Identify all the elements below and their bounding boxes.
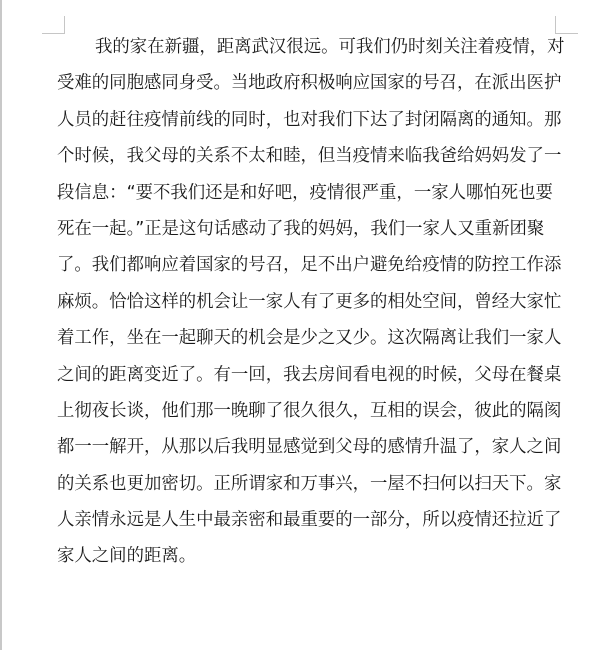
text-line: 死在一起。”正是这句话感动了我的妈妈，我们一家人又重新团聚 (57, 211, 475, 247)
document-body-paragraph[interactable]: 我的家在新疆，距离武汉很远。可我们仍时刻关注着疫情，对 受难的同胞感同身受。当地… (57, 29, 475, 575)
text-line: 家人之间的距离。 (57, 538, 475, 574)
text-line: 人亲情永远是人生中最亲密和最重要的一部分，所以疫情还拉近了 (57, 502, 475, 538)
text-line: 着工作，坐在一起聊天的机会是少之又少。这次隔离让我们一家人 (57, 320, 475, 356)
text-line: 之间的距离变近了。有一回，我去房间看电视的时候，父母在餐桌 (57, 357, 475, 393)
text-line: 都一一解开，从那以后我明显感觉到父母的感情升温了，家人之间 (57, 429, 475, 465)
text-line: 受难的同胞感同身受。当地政府积极响应国家的号召，在派出医护 (57, 65, 475, 101)
text-line: 我的家在新疆，距离武汉很远。可我们仍时刻关注着疫情，对 (57, 29, 475, 65)
text-line: 的关系也更加密切。正所谓家和万事兴，一屋不扫何以扫天下。家 (57, 466, 475, 502)
text-line: 段信息：“要不我们还是和好吧，疫情很严重，一家人哪怕死也要 (57, 175, 475, 211)
text-line: 人员的赶往疫情前线的同时，也对我们下达了封闭隔离的通知。那 (57, 102, 475, 138)
text-line: 了。我们都响应着国家的号召，足不出户避免给疫情的防控工作添 (57, 247, 475, 283)
text-line: 上彻夜长谈，他们那一晚聊了很久很久，互相的误会，彼此的隔阂 (57, 393, 475, 429)
text-line: 个时候，我父母的关系不太和睦，但当疫情来临我爸给妈妈发了一 (57, 138, 475, 174)
text-line: 麻烦。恰恰这样的机会让一家人有了更多的相处空间，曾经大家忙 (57, 284, 475, 320)
document-page: 我的家在新疆，距离武汉很远。可我们仍时刻关注着疫情，对 受难的同胞感同身受。当地… (0, 0, 600, 650)
margin-corner-mark-top-right (555, 16, 578, 34)
